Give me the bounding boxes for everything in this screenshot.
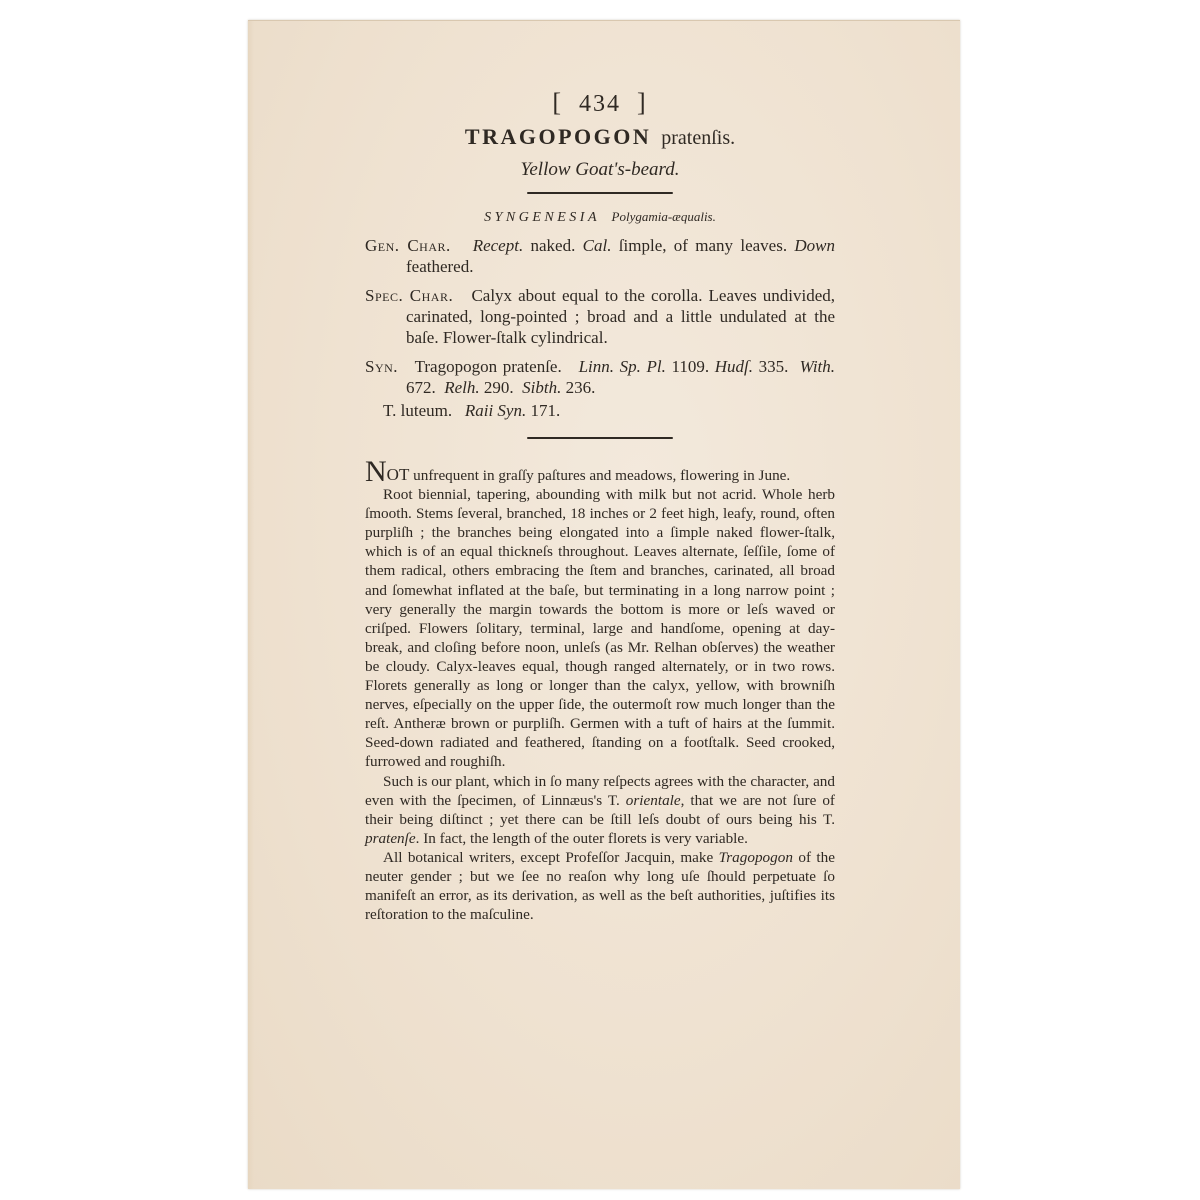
- gen-char-term: Cal.: [583, 236, 612, 255]
- paragraph-description: Root biennial, tapering, abounding with …: [365, 485, 835, 771]
- syn-ref-num: 1109.: [671, 357, 709, 376]
- syn-ref-num: 672.: [406, 378, 436, 397]
- spec-char-text: Calyx about equal to the corolla. Leaves…: [406, 286, 835, 347]
- gen-char-label: Gen. Char.: [365, 236, 451, 255]
- syn-ref-author: Relh.: [444, 378, 479, 397]
- syn-name: T. luteum.: [383, 401, 452, 420]
- description-body: NOT unfrequent in graſſy paſtures and me…: [365, 461, 835, 924]
- syn-ref-author: Sibth.: [522, 378, 561, 397]
- paragraph-text: . In fact, the length of the outer flore…: [416, 830, 748, 847]
- spec-char-label: Spec. Char.: [365, 286, 453, 305]
- syn-ref-num: 171.: [530, 401, 560, 420]
- syn-name: Tragopogon pratenſe.: [415, 357, 562, 376]
- syn-ref-author: Hudſ.: [715, 357, 753, 376]
- linnaean-class: SYNGENESIA: [484, 210, 600, 225]
- syn-ref-author: Raii Syn.: [465, 401, 526, 420]
- paragraph-text: unfrequent in graſſy paſtures and meadow…: [409, 467, 790, 484]
- gen-char-term: Down: [794, 236, 835, 255]
- synonym-line-2: T. luteum. Raii Syn. 171.: [383, 400, 835, 421]
- page-text-block: [ 434 ] TRAGOPOGON pratenſis. Yellow Goa…: [365, 89, 835, 924]
- species-title: TRAGOPOGON pratenſis.: [365, 122, 835, 155]
- section-divider: [527, 437, 673, 439]
- linnaean-order: Polygamia-æqualis.: [612, 209, 716, 224]
- classification: SYNGENESIA Polygamia-æqualis.: [365, 208, 835, 227]
- book-page: [ 434 ] TRAGOPOGON pratenſis. Yellow Goa…: [248, 20, 960, 1189]
- gen-char-text: feathered.: [406, 257, 473, 276]
- synonyms: Syn. Tragopogon pratenſe. Linn. Sp. Pl. …: [365, 356, 835, 398]
- italic-term: pratenſe: [365, 830, 416, 847]
- bracket-close: ]: [637, 88, 648, 117]
- italic-term: Tragopogon: [719, 849, 793, 866]
- syn-ref-num: 335.: [759, 357, 789, 376]
- gen-char-term: Recept.: [473, 236, 524, 255]
- syn-ref-num: 236.: [566, 378, 596, 397]
- drop-cap: N: [365, 455, 387, 488]
- generic-character: Gen. Char. Recept. naked. Cal. ſimple, o…: [365, 235, 835, 277]
- gen-char-text: ſimple, of many leaves.: [611, 236, 794, 255]
- syn-ref-author: With.: [800, 357, 835, 376]
- page-number: [ 434 ]: [365, 89, 835, 118]
- syn-ref-author: Linn. Sp. Pl.: [579, 357, 666, 376]
- syn-label: Syn.: [365, 357, 398, 376]
- genus-name: TRAGOPOGON: [465, 124, 651, 149]
- paragraph-comparison: Such is our plant, which in ſo many reſp…: [365, 772, 835, 848]
- syn-ref-num: 290.: [484, 378, 514, 397]
- page-number-value: 434: [579, 91, 621, 117]
- italic-term: orientale: [626, 792, 681, 809]
- common-name: Yellow Goat's-beard.: [365, 157, 835, 183]
- specific-character: Spec. Char. Calyx about equal to the cor…: [365, 285, 835, 348]
- paragraph-habitat: NOT unfrequent in graſſy paſtures and me…: [365, 461, 835, 485]
- paragraph-gender: All botanical writers, except Profeſſor …: [365, 848, 835, 924]
- paragraph-text: All botanical writers, except Profeſſor …: [383, 849, 719, 866]
- bracket-open: [: [552, 88, 563, 117]
- title-divider: [527, 192, 673, 194]
- gen-char-text: naked.: [523, 236, 582, 255]
- species-name: pratenſis.: [661, 127, 735, 149]
- lead-smallcaps: OT: [387, 465, 410, 484]
